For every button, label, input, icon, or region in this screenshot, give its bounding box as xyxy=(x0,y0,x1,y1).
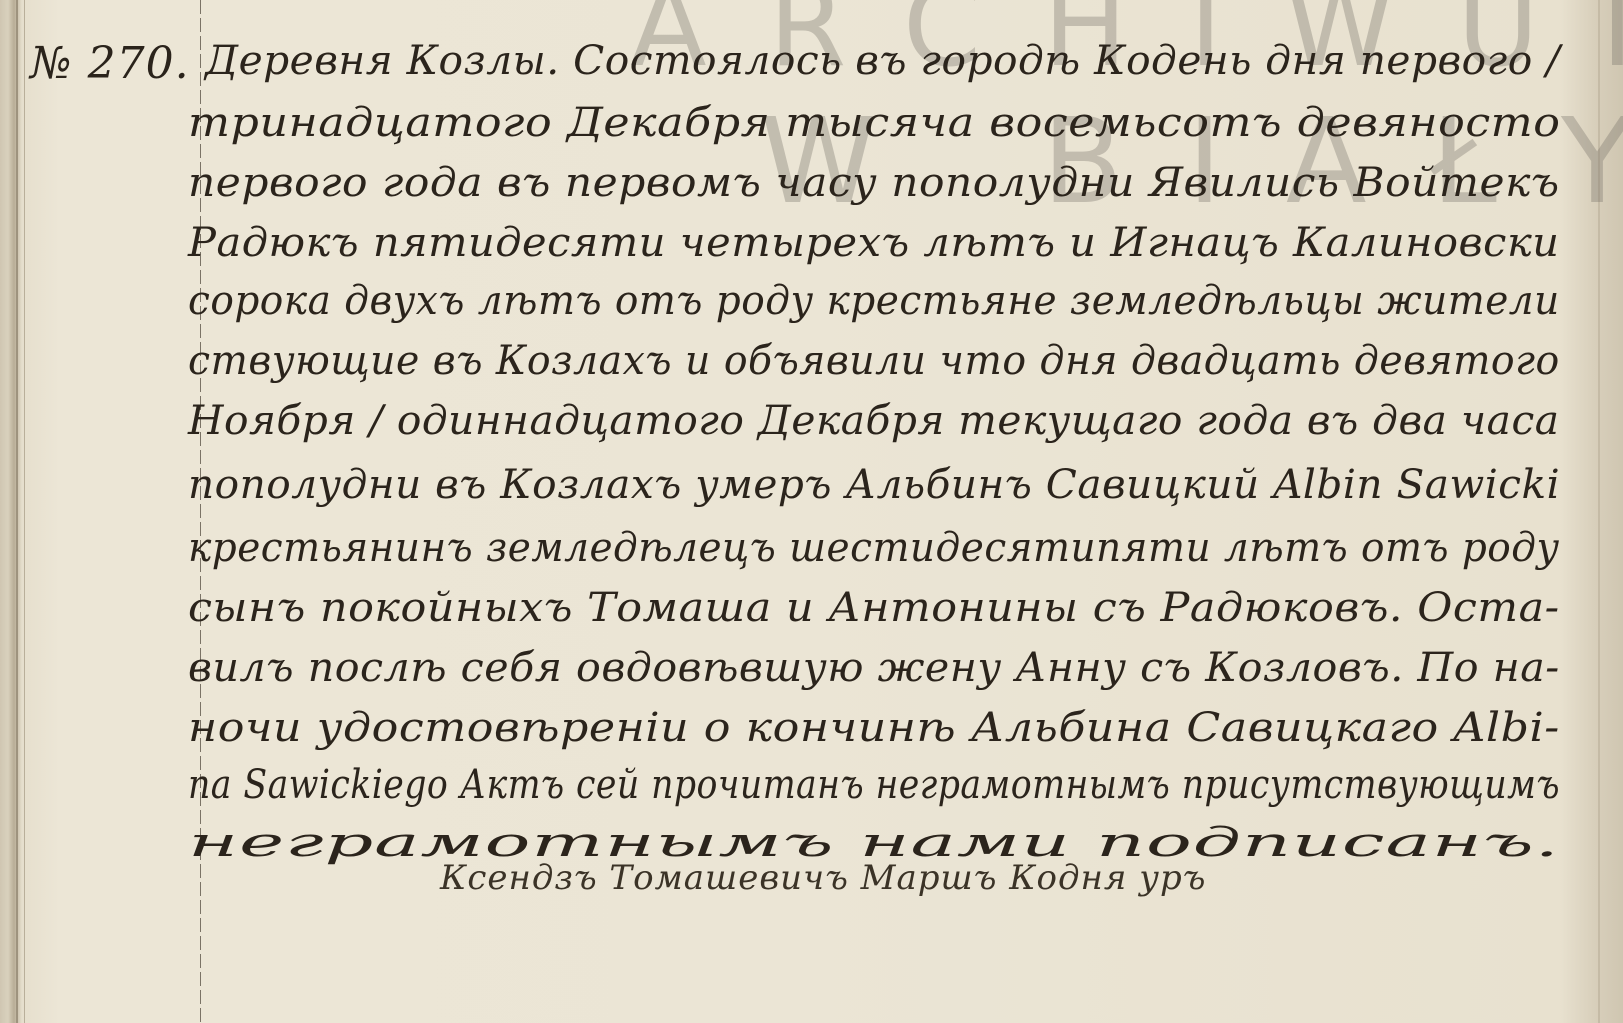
handwritten-line-7: Ноября / одиннадцатого Декабря текущаго … xyxy=(188,398,1560,444)
margin-rule xyxy=(200,0,201,1023)
handwritten-line-13: na Sawickiego Актъ сей прочитанъ неграмо… xyxy=(188,762,1560,808)
entry-number: № 270. xyxy=(30,38,190,89)
page-binding-edge-inner xyxy=(24,0,25,1023)
handwritten-line-8: пополудни въ Козлахъ умеръ Альбинъ Савиц… xyxy=(188,462,1560,508)
document-page: ARCHIWUM W BIAŁY № 270. Деревня Козлы. С… xyxy=(0,0,1623,1023)
handwritten-line-9: крестьянинъ земледѣлецъ шестидесятипяти … xyxy=(188,525,1560,571)
handwritten-line-1: Деревня Козлы. Состоялось въ городѣ Коде… xyxy=(205,38,1560,84)
handwritten-line-5: сорока двухъ лѣтъ отъ роду крестьяне зем… xyxy=(188,278,1560,324)
handwritten-line-6: ствующие въ Козлахъ и объявили что дня д… xyxy=(188,338,1560,384)
signatures: Ксендзъ Томашевичъ Маршъ Кодня уръ xyxy=(440,858,1206,898)
handwritten-line-4: Радюкъ пятидесяти четырехъ лѣтъ и Игнацъ… xyxy=(188,220,1560,266)
handwritten-line-10: сынъ покойныхъ Томаша и Антонины съ Радю… xyxy=(188,585,1560,631)
page-binding-edge xyxy=(16,0,18,1023)
handwritten-line-3: первого года въ первомъ часу пополудни Я… xyxy=(188,160,1560,206)
handwritten-line-12: ночи удостовѣреніи о кончинѣ Альбина Сав… xyxy=(188,705,1560,751)
handwritten-line-11: вилъ послѣ себя овдовѣвшую жену Анну съ … xyxy=(188,645,1560,691)
handwritten-line-2: тринадцатого Декабря тысяча восемьсотъ д… xyxy=(188,100,1560,146)
